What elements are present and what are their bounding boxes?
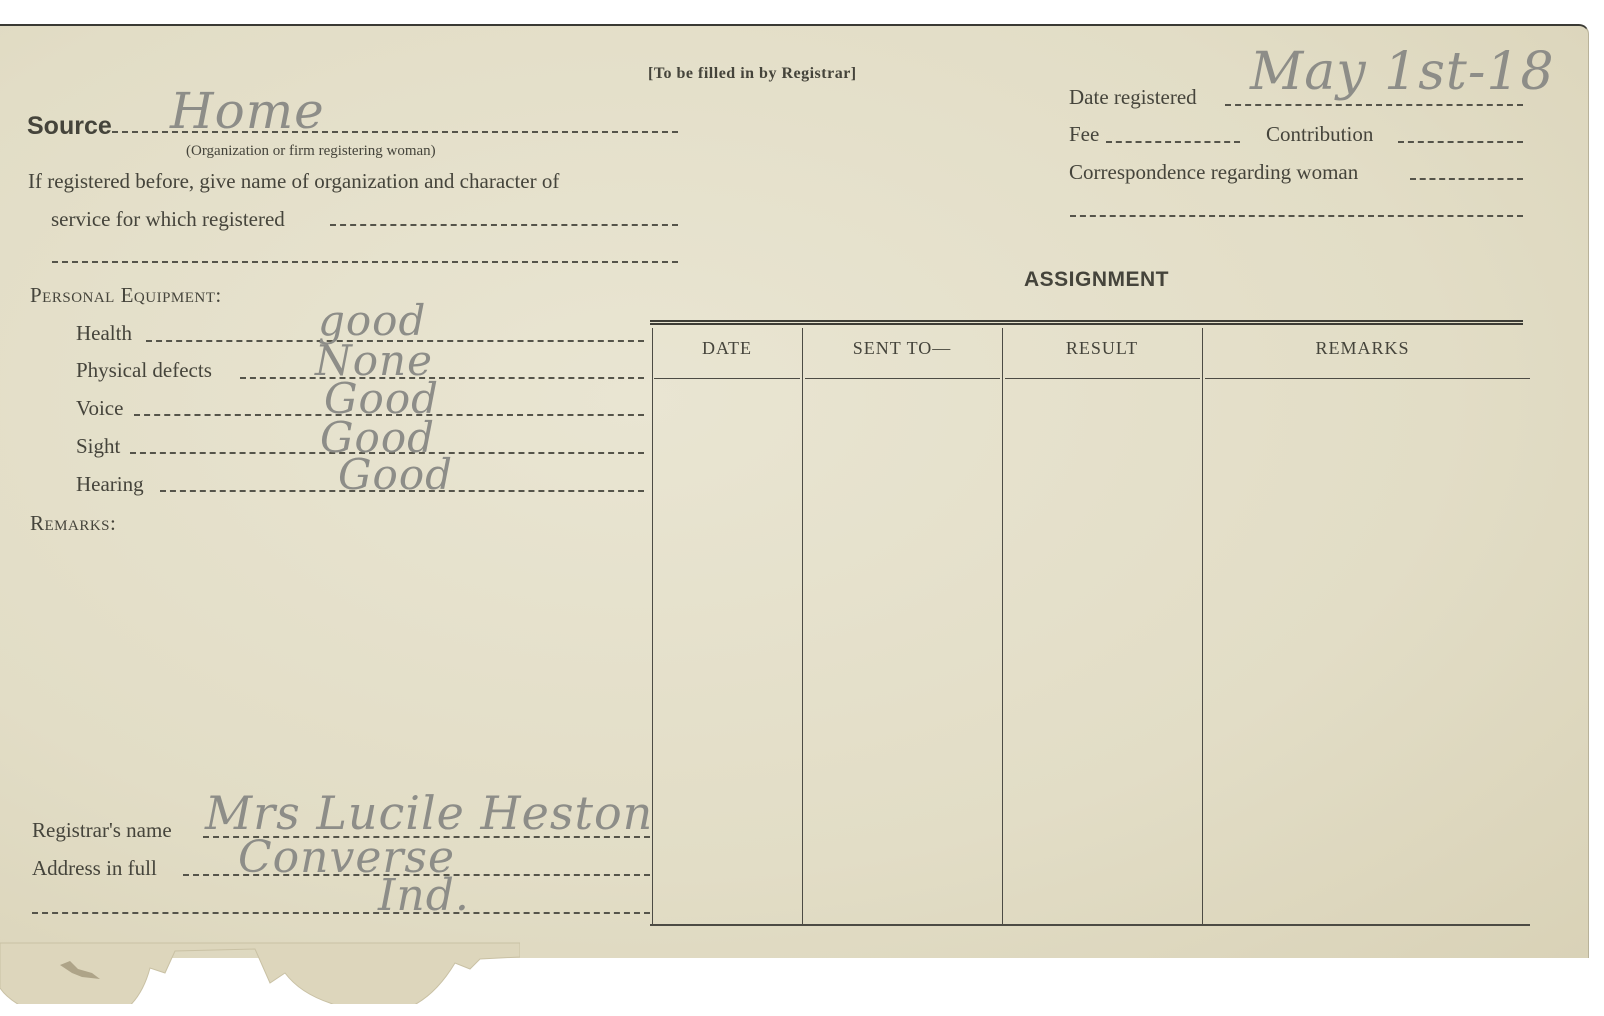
header-underline xyxy=(1205,378,1530,379)
physical-defects-label: Physical defects xyxy=(76,358,212,383)
correspondence-field-2[interactable] xyxy=(1070,215,1523,217)
source-value[interactable]: Home xyxy=(170,82,325,140)
date-column-cells[interactable] xyxy=(654,382,800,912)
correspondence-label: Correspondence regarding woman xyxy=(1069,160,1358,185)
previous-registration-label: service for which registered xyxy=(51,207,285,232)
fee-field[interactable] xyxy=(1106,141,1240,143)
previous-registration-field[interactable] xyxy=(330,224,678,226)
personal-equipment-heading: Personal Equipment: xyxy=(30,283,222,308)
voice-label: Voice xyxy=(76,396,123,421)
date-registered-value[interactable]: May 1st-18 xyxy=(1250,42,1555,102)
header-underline xyxy=(1005,378,1200,379)
column-divider xyxy=(802,328,803,924)
column-header-sent-to: SENT TO— xyxy=(802,338,1002,359)
sight-label: Sight xyxy=(76,434,120,459)
fee-label: Fee xyxy=(1069,122,1099,147)
previous-registration-prompt: If registered before, give name of organ… xyxy=(28,169,559,194)
date-registered-label: Date registered xyxy=(1069,85,1197,110)
hearing-value[interactable]: Good xyxy=(338,450,453,499)
correspondence-field[interactable] xyxy=(1410,178,1523,180)
address-field-2[interactable] xyxy=(32,912,650,914)
result-column-cells[interactable] xyxy=(1005,382,1200,912)
table-top-rule xyxy=(650,320,1523,325)
registrar-instruction: [To be filled in by Registrar] xyxy=(648,65,857,83)
remarks-column-cells[interactable] xyxy=(1205,382,1523,912)
header-underline xyxy=(805,378,1000,379)
physical-defects-field[interactable] xyxy=(240,377,644,379)
table-bottom-rule xyxy=(650,924,1530,926)
health-label: Health xyxy=(76,321,132,346)
column-header-date: DATE xyxy=(652,338,802,359)
remarks-area[interactable] xyxy=(30,545,640,805)
registrar-name-label: Registrar's name xyxy=(32,818,172,843)
source-caption: (Organization or firm registering woman) xyxy=(186,143,436,160)
contribution-label: Contribution xyxy=(1266,122,1373,147)
hearing-label: Hearing xyxy=(76,472,144,497)
sent-to-column-cells[interactable] xyxy=(805,382,1000,912)
date-registered-field[interactable] xyxy=(1225,104,1523,106)
scalloped-edge xyxy=(0,932,520,1004)
address-label: Address in full xyxy=(32,856,157,881)
header-underline xyxy=(654,378,800,379)
column-header-remarks: REMARKS xyxy=(1202,338,1523,359)
source-label: Source xyxy=(27,112,112,141)
previous-registration-field-2[interactable] xyxy=(52,261,678,263)
contribution-field[interactable] xyxy=(1398,141,1523,143)
address-line2-value[interactable]: Ind. xyxy=(378,870,470,921)
column-header-result: RESULT xyxy=(1002,338,1202,359)
assignment-table: DATE SENT TO— RESULT REMARKS xyxy=(650,320,1523,914)
assignment-title: ASSIGNMENT xyxy=(1024,268,1169,292)
column-divider xyxy=(1002,328,1003,924)
remarks-heading: Remarks: xyxy=(30,511,116,536)
column-divider xyxy=(1202,328,1203,924)
